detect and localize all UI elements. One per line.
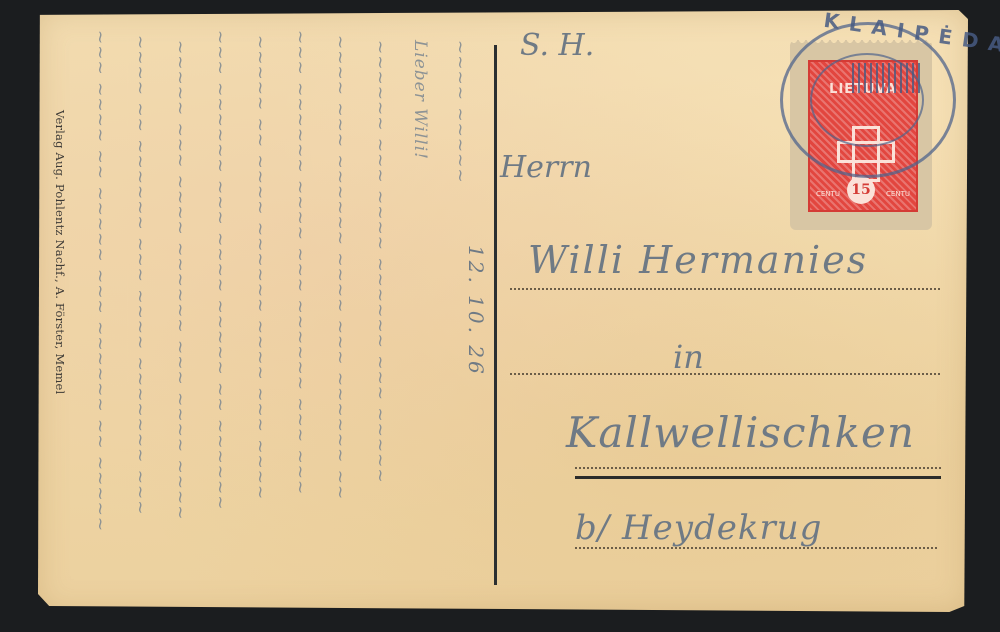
publisher-imprint: Verlag Aug. Pohlentz Nachf., A. Förster,… [53, 110, 67, 394]
card-divider [494, 45, 497, 585]
address-line-3 [575, 467, 941, 469]
recipient-town: Kallwellischken [566, 408, 915, 457]
town-underline [575, 476, 941, 479]
stamp-unit-left: CENTU [816, 190, 840, 198]
salutation: Herrn [500, 150, 592, 185]
recipient-region: b/ Heydekrug [575, 508, 822, 548]
address-line-2 [510, 373, 940, 375]
message-column: ~~~~~~ ~~~ ~~~~ ~~~~~~ ~~~ ~~~~~ [370, 40, 390, 484]
address-preposition: in [673, 338, 704, 376]
message-greeting: Lieber Willi! [410, 40, 430, 160]
recipient-name: Willi Hermanies [528, 238, 868, 282]
message-column: ~~~~~ ~~~ ~~~~ ~~~~~~ ~~~ ~~~~ ~~~~ [170, 40, 190, 521]
message-column: ~~~~ ~~~~~ [450, 40, 470, 184]
address-line-1 [510, 288, 940, 290]
message-column: ~~~ ~~~~~~ ~~~ ~~~~ ~~~~~ ~~ ~~~~~~ [210, 30, 230, 511]
message-column: ~~~~ ~~ ~~~~~~ ~~~ ~~~~ ~~~~~~~ ~~~ [130, 35, 150, 516]
sender-initials: S. H. [520, 28, 594, 63]
postmark-inner-ring [810, 53, 924, 147]
stamp-value: 15 [847, 176, 875, 204]
message-column: ~~~ ~~~~~~ ~~~~ ~~~ ~~~~~~ ~~~ ~~~ [290, 30, 310, 495]
postmark: KLAIPĖDA [780, 22, 956, 178]
stamp-unit-right: CENTU [886, 190, 910, 198]
message-column: ~~~ ~~~~ ~~ ~~~~~ ~~~ ~~~~~~ ~~ ~~~~~ [90, 30, 110, 532]
message-date: 12. 10. 26 [464, 245, 488, 377]
postmark-bars [852, 63, 922, 93]
message-column: ~~~~~ ~~ ~~~~ ~~~~~~ ~~~~ ~~~ ~~~~ [250, 35, 270, 500]
message-column: ~~~~ ~~~ ~~~~~~ ~~~~ ~~~ ~~~~~~ ~~ [330, 35, 350, 500]
